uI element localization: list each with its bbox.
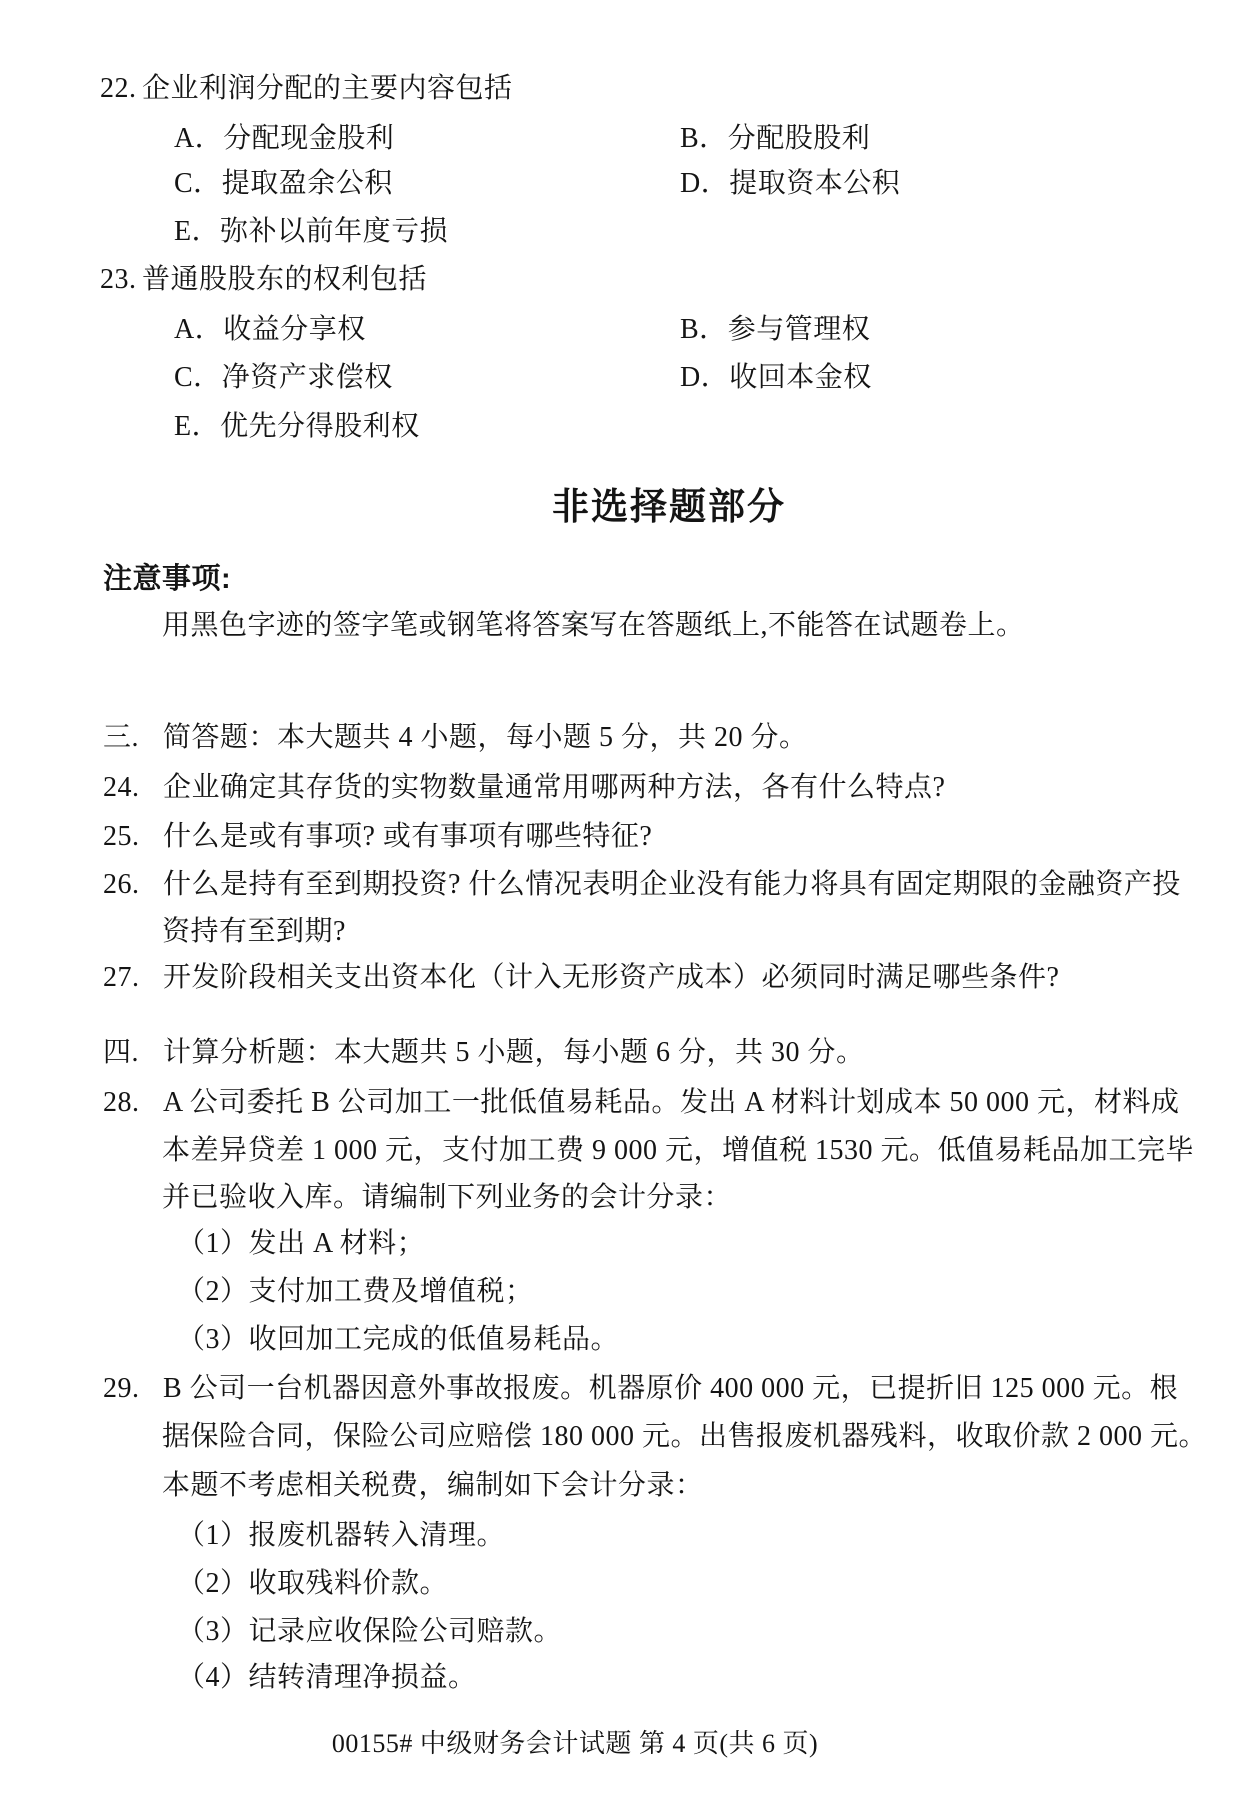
question-23-stem: 普通股股东的权利包括 <box>142 263 427 297</box>
option-23-d-text: 收回本金权 <box>729 362 872 393</box>
question-28-item-3: （3）收回加工完成的低值易耗品。 <box>177 1323 619 1357</box>
question-24-text: 企业确定其存货的实物数量通常用哪两种方法，各有什么特点? <box>163 771 945 805</box>
section-3-number: 三. <box>103 721 163 755</box>
question-29: 29.B 公司一台机器因意外事故报废。机器原价 400 000 元，已提折旧 1… <box>103 1372 1178 1406</box>
question-26-text-line-2: 资持有至到期? <box>162 915 346 949</box>
question-26-number: 26. <box>103 868 163 902</box>
question-28-line-1: A 公司委托 B 公司加工一批低值易耗品。发出 A 材料计划成本 50 000 … <box>163 1086 1180 1120</box>
question-29-item-4: （4）结转清理净损益。 <box>177 1661 477 1695</box>
question-29-item-3: （3）记录应收保险公司赔款。 <box>177 1615 562 1649</box>
question-29-number: 29. <box>103 1372 163 1406</box>
option-22-d: D．提取资本公积 <box>680 167 900 201</box>
option-23-b-text: 参与管理权 <box>728 314 871 345</box>
question-22-stem: 企业利润分配的主要内容包括 <box>142 72 513 106</box>
section-4-title: 计算分析题：本大题共 5 小题，每小题 6 分，共 30 分。 <box>163 1036 865 1070</box>
notice-body: 用黑色字迹的签字笔或钢笔将答案写在答题纸上,不能答在试题卷上。 <box>162 609 1025 643</box>
question-24-number: 24. <box>103 771 163 805</box>
question-25-number: 25. <box>103 820 163 854</box>
option-22-b: B．分配股股利 <box>680 122 870 156</box>
question-27: 27.开发阶段相关支出资本化（计入无形资产成本）必须同时满足哪些条件? <box>103 961 1059 995</box>
section-3-heading: 三.简答题：本大题共 4 小题，每小题 5 分，共 20 分。 <box>103 721 808 755</box>
option-23-c-text: 净资产求偿权 <box>222 362 393 393</box>
option-23-a: A．收益分享权 <box>174 313 366 347</box>
section-3-title: 简答题：本大题共 4 小题，每小题 5 分，共 20 分。 <box>163 721 808 755</box>
option-22-a-label: A． <box>174 123 223 154</box>
option-22-d-label: D． <box>680 168 729 199</box>
option-22-e: E．弥补以前年度亏损 <box>174 215 448 249</box>
option-23-e-label: E． <box>174 411 220 442</box>
option-22-c-text: 提取盈余公积 <box>222 168 393 199</box>
question-28-number: 28. <box>103 1086 163 1120</box>
option-22-b-text: 分配股股利 <box>728 123 871 154</box>
question-29-item-2: （2）收取残料价款。 <box>177 1567 448 1601</box>
question-27-number: 27. <box>103 961 163 995</box>
question-22-number: 22. <box>100 72 142 106</box>
section-4-heading: 四.计算分析题：本大题共 5 小题，每小题 6 分，共 30 分。 <box>103 1036 865 1070</box>
option-22-c: C．提取盈余公积 <box>174 167 393 201</box>
section-4-number: 四. <box>103 1036 163 1070</box>
question-24: 24.企业确定其存货的实物数量通常用哪两种方法，各有什么特点? <box>103 771 945 805</box>
question-28-line-2: 本差异贷差 1 000 元，支付加工费 9 000 元，增值税 1530 元。低… <box>162 1134 1194 1168</box>
question-25-text: 什么是或有事项? 或有事项有哪些特征? <box>163 820 652 854</box>
option-23-e-text: 优先分得股利权 <box>220 411 420 442</box>
option-23-b: B．参与管理权 <box>680 313 870 347</box>
option-23-d-label: D． <box>680 362 729 393</box>
question-28-item-2: （2）支付加工费及增值税； <box>177 1275 534 1309</box>
question-28-item-1: （1）发出 A 材料； <box>177 1227 425 1261</box>
option-23-e: E．优先分得股利权 <box>174 410 420 444</box>
option-23-c: C．净资产求偿权 <box>174 361 393 395</box>
option-23-a-text: 收益分享权 <box>223 314 366 345</box>
question-29-line-2: 据保险合同，保险公司应赔偿 180 000 元。出售报废机器残料，收取价款 2 … <box>162 1420 1207 1454</box>
question-23-number: 23. <box>100 263 142 297</box>
option-22-d-text: 提取资本公积 <box>729 168 900 199</box>
question-29-item-1: （1）报废机器转入清理。 <box>177 1519 505 1553</box>
option-23-b-label: B． <box>680 314 728 345</box>
option-22-e-label: E． <box>174 216 220 247</box>
option-22-e-text: 弥补以前年度亏损 <box>220 216 448 247</box>
option-23-d: D．收回本金权 <box>680 361 872 395</box>
notice-title: 注意事项: <box>103 562 231 596</box>
question-29-line-1: B 公司一台机器因意外事故报废。机器原价 400 000 元，已提折旧 125 … <box>163 1372 1178 1406</box>
page-footer: 00155# 中级财务会计试题 第 4 页(共 6 页) <box>0 1729 1150 1759</box>
question-23: 23.普通股股东的权利包括 <box>100 263 427 297</box>
option-23-c-label: C． <box>174 362 222 393</box>
question-26-text-line-1: 什么是持有至到期投资? 什么情况表明企业没有能力将具有固定期限的金融资产投 <box>163 868 1181 902</box>
option-22-a-text: 分配现金股利 <box>223 123 394 154</box>
option-22-c-label: C． <box>174 168 222 199</box>
question-26: 26.什么是持有至到期投资? 什么情况表明企业没有能力将具有固定期限的金融资产投 <box>103 868 1181 902</box>
question-27-text: 开发阶段相关支出资本化（计入无形资产成本）必须同时满足哪些条件? <box>163 961 1059 995</box>
part-heading: 非选择题部分 <box>552 486 786 528</box>
question-22: 22.企业利润分配的主要内容包括 <box>100 72 513 106</box>
option-23-a-label: A． <box>174 314 223 345</box>
question-25: 25.什么是或有事项? 或有事项有哪些特征? <box>103 820 652 854</box>
question-29-line-3: 本题不考虑相关税费，编制如下会计分录： <box>162 1469 704 1503</box>
exam-page: 22.企业利润分配的主要内容包括 A．分配现金股利 B．分配股股利 C．提取盈余… <box>0 0 1257 1820</box>
question-28: 28.A 公司委托 B 公司加工一批低值易耗品。发出 A 材料计划成本 50 0… <box>103 1086 1180 1120</box>
option-22-a: A．分配现金股利 <box>174 122 394 156</box>
question-28-line-3: 并已验收入库。请编制下列业务的会计分录： <box>162 1181 732 1215</box>
option-22-b-label: B． <box>680 123 728 154</box>
